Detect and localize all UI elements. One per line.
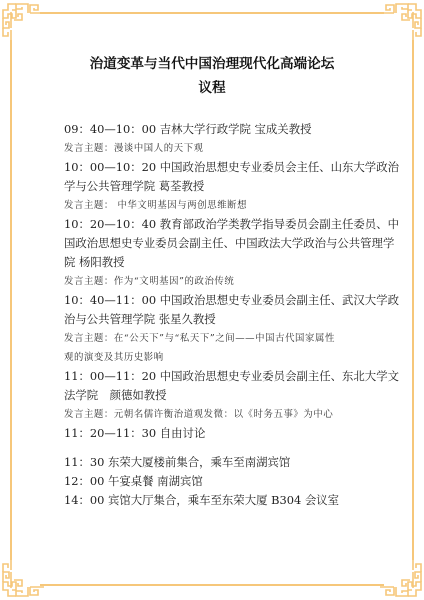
frame-bottom-line	[40, 584, 384, 586]
agenda-line-time: 10：20—10：40 教育部政治学类教学指导委员会副主任委员、中	[64, 215, 366, 234]
cloud-scroll-corner-icon	[380, 556, 424, 600]
logistics-line: 11：30 东荣大厦楼前集合，乘车至南湖宾馆	[64, 453, 366, 472]
frame-top-line	[40, 12, 384, 14]
agenda-line-time: 10：40—11：00 中国政治思想史专业委员会副主任、武汉大学政	[64, 291, 366, 310]
agenda-line-time: 09：40—10：00 吉林大学行政学院 宝成关教授	[64, 120, 366, 139]
cloud-scroll-corner-icon	[0, 0, 44, 44]
logistics-line: 14：00 宾馆大厅集合，乘车至东荣大厦 B304 会议室	[64, 491, 366, 510]
agenda-line-time: 院 杨阳教授	[64, 253, 366, 272]
agenda-line-talk-topic: 观的演变及其历史影响	[64, 348, 366, 367]
agenda-line-talk-topic: 发言主题：在“公天下”与“私天下”之间——中国古代国家属性	[64, 329, 366, 348]
agenda-line-talk-topic: 发言主题： 中华文明基因与两创思维断想	[64, 196, 366, 215]
logistics-line: 12：00 午宴桌餐 南湖宾馆	[64, 472, 366, 491]
agenda-list: 09：40—10：00 吉林大学行政学院 宝成关教授 发言主题：漫谈中国人的天下…	[64, 120, 366, 510]
agenda-line-time: 10：00—10：20 中国政治思想史专业委员会主任、山东大学政治	[64, 158, 366, 177]
agenda-line-time: 国政治思想史专业委员会副主任、中国政法大学政治与公共管理学	[64, 234, 366, 253]
frame-left-line	[10, 40, 12, 560]
agenda-line-time: 治与公共管理学院 张星久教授	[64, 310, 366, 329]
agenda-line-time: 学与公共管理学院 葛荃教授	[64, 177, 366, 196]
agenda-heading: 议程	[0, 76, 424, 96]
agenda-line-talk-topic: 发言主题：作为“文明基因”的政治传统	[64, 272, 366, 291]
cloud-scroll-corner-icon	[0, 556, 44, 600]
cloud-scroll-corner-icon	[380, 0, 424, 44]
section-spacer	[64, 443, 366, 453]
agenda-line-talk-topic: 发言主题：漫谈中国人的天下观	[64, 139, 366, 158]
agenda-line-time: 11：00—11：20 中国政治思想史专业委员会副主任、东北大学文	[64, 367, 366, 386]
agenda-line-time: 11：20—11：30 自由讨论	[64, 424, 366, 443]
forum-title: 治道变革与当代中国治理现代化高端论坛	[0, 52, 424, 72]
frame-right-line	[412, 40, 414, 560]
agenda-line-time: 法学院 颜德如教授	[64, 386, 366, 405]
agenda-line-talk-topic: 发言主题：元朝名儒许衡治道观发微：以《时务五事》为中心	[64, 405, 366, 424]
